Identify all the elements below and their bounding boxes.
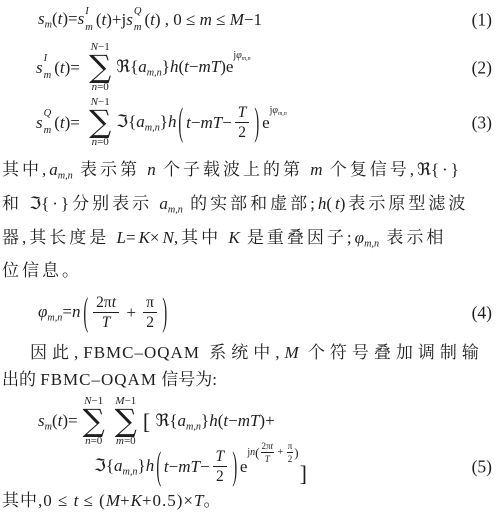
text-run: 2 — [288, 454, 293, 464]
text-run: a — [114, 456, 123, 475]
text-run: mT — [198, 57, 220, 76]
text-run: N — [163, 228, 174, 247]
math-tokens: s — [36, 113, 43, 133]
text-run: ℜ — [417, 160, 431, 180]
math-tokens: ℑ{am,n}h — [94, 456, 154, 477]
text-run: } — [138, 456, 146, 475]
text-run: )+j — [106, 10, 126, 29]
fraction-denominator: 2 — [146, 313, 154, 331]
fraction-numerator: π — [287, 441, 294, 453]
subscript: m — [44, 126, 52, 137]
text-run: m — [116, 435, 124, 447]
big-left-paren: ( — [83, 290, 88, 336]
text-run: M — [106, 491, 120, 510]
sigma-symbol: ∑ — [89, 54, 111, 81]
text-run: − — [189, 57, 199, 76]
text-run: × — [150, 228, 163, 247]
subscript: m — [85, 23, 93, 34]
text-run: π — [146, 294, 154, 311]
text-run: φ — [355, 228, 364, 247]
text-run: FBMC–OQAM — [40, 370, 157, 389]
text-run: T — [102, 314, 111, 331]
fraction-denominator: 2 — [238, 123, 246, 141]
text-run: 个符号叠加调制输 — [299, 343, 484, 362]
fraction-denominator: T — [102, 313, 111, 331]
math-tokens: (t)= — [54, 113, 84, 133]
text-run: s — [38, 411, 45, 430]
text-run: ℑ — [29, 194, 41, 214]
equation-1: sm(t)=s I m (t)+js Q m (t) , 0 ≤ m ≤ M−1… — [38, 4, 504, 36]
text-run: s — [36, 58, 43, 77]
superscript: I — [44, 54, 48, 65]
fraction: 2πt T — [93, 294, 119, 332]
text-run: a — [49, 160, 58, 179]
text-run: = — [62, 302, 72, 321]
text-run: M — [230, 10, 244, 29]
text-run: − — [200, 457, 210, 476]
supsub-stack: Q m — [134, 7, 142, 34]
fraction: T 2 — [213, 448, 228, 486]
text-run: ) , 0 ≤ — [155, 10, 200, 29]
summation: N−1 ∑ n=0 — [89, 96, 111, 149]
summation: M−1 ∑ m=0 — [115, 395, 137, 448]
text-run: { — [169, 411, 177, 430]
text-run: )表示原型滤波 — [340, 194, 469, 213]
text-run: =0 — [124, 435, 136, 447]
equation-4: φm,n=n ( 2πt T + π 2 ) (4) — [38, 290, 504, 336]
text-run: −1 — [244, 10, 262, 29]
fraction: π 2 — [143, 294, 157, 332]
math-tokens: ℑ{am,n}h — [116, 112, 176, 133]
big-left-paren: ( — [157, 444, 162, 490]
math-tokens: s — [36, 58, 43, 78]
text-run: T — [216, 448, 225, 465]
big-right-paren: ) — [255, 100, 260, 146]
text-run: ℜ — [116, 57, 130, 77]
text-run: 系统中, — [200, 343, 285, 362]
small-right-paren: ) — [294, 446, 298, 459]
math-tokens: + — [275, 448, 286, 458]
text-run: )= — [62, 9, 77, 28]
text-run: 是重叠因子; — [240, 228, 355, 247]
text-run: K — [131, 491, 142, 510]
math-tokens: jφm,n — [233, 51, 250, 62]
fraction-numerator: 2πt — [261, 441, 275, 453]
subscript: m — [44, 71, 52, 82]
text-run: − — [169, 457, 179, 476]
text-run: K — [139, 228, 150, 247]
text-run: 出的 — [2, 370, 40, 389]
text-run: {·}分别表示 — [41, 194, 159, 213]
exponent: jφm,n — [270, 106, 287, 117]
text-run: 2 — [146, 314, 154, 331]
text-run: mT — [178, 457, 200, 476]
text-run: =0 — [97, 136, 109, 148]
superscript: Q — [134, 7, 142, 18]
superscript: Q — [44, 109, 52, 120]
text-run: m,n — [186, 421, 201, 432]
superscript: I — [85, 7, 89, 18]
text-run: } — [162, 57, 170, 76]
text-run: 个复信号, — [323, 160, 418, 179]
equation-3: s Q m (t)= N−1 ∑ n=0 ℑ{am,n}h ( t−mT− T … — [36, 96, 504, 149]
sum-lower-limit: n=0 — [92, 82, 109, 93]
math-tokens: ℜ{am,n}h(t−mT)e — [116, 57, 233, 78]
text-run: t — [112, 294, 116, 311]
text-run: )e — [220, 57, 233, 76]
exponent: jφm,n — [233, 51, 250, 62]
sum-lower-limit: n=0 — [92, 137, 109, 148]
text-run: t — [271, 441, 274, 451]
text-run: φ — [38, 302, 47, 321]
text-run: n — [72, 302, 81, 321]
text-run: m — [200, 10, 212, 29]
right-bracket: ] — [300, 461, 307, 487]
text-run: m,n — [147, 67, 162, 78]
text-run: { — [106, 456, 114, 475]
text-run: n — [147, 160, 156, 179]
text-run: ( — [326, 194, 335, 213]
left-bracket: [ — [143, 409, 150, 435]
text-run: a — [159, 194, 168, 213]
text-run: + — [275, 447, 286, 458]
text-run: ≤ ( — [78, 491, 106, 510]
math-tokens: φm,n=n — [38, 302, 81, 323]
text-run: 2π — [96, 294, 112, 311]
text-run: + — [120, 491, 131, 510]
fraction-numerator: T — [235, 104, 250, 123]
text-run: h — [146, 456, 155, 475]
text-run: e — [262, 113, 270, 132]
text-run: 表示相 — [379, 228, 446, 247]
fraction-numerator: 2πt — [93, 294, 119, 313]
math-tokens: t−mT− — [164, 457, 210, 477]
big-right-paren: ) — [233, 444, 238, 490]
sigma-symbol: ∑ — [89, 109, 111, 136]
text-run: 其中, — [2, 160, 49, 179]
text-run: m — [310, 160, 322, 179]
text-run: +0.5)× — [142, 491, 194, 510]
math-tokens: (t) , 0 ≤ m ≤ M−1 — [144, 10, 262, 30]
math-tokens: e — [240, 457, 248, 477]
text-run: T — [194, 491, 203, 510]
text-run: m,n — [168, 204, 183, 215]
text-run: 个子载波上的第 — [156, 160, 311, 179]
equation-2: s I m (t)= N−1 ∑ n=0 ℜ{am,n}h(t−mT)e jφm… — [36, 41, 504, 94]
fraction: T 2 — [235, 104, 250, 142]
text-run: a — [136, 112, 145, 131]
document-page: sm(t)=s I m (t)+js Q m (t) , 0 ≤ m ≤ M−1… — [0, 0, 504, 515]
text-run: 信号为: — [157, 370, 217, 389]
text-run: {·} — [431, 160, 462, 179]
text-run: h — [209, 411, 218, 430]
text-run: m,n — [145, 122, 160, 133]
text-run: )= — [65, 58, 85, 77]
text-run: K — [228, 228, 239, 247]
text-line: 出的 FBMC–OQAM 信号为: — [2, 366, 504, 394]
text-run: 2π — [262, 441, 271, 451]
text-run: FBMC–OQAM — [83, 343, 200, 362]
text-run: )+ — [259, 411, 274, 430]
exponent: jn ( 2πt T + π 2 ) — [247, 441, 298, 464]
summation: N−1 ∑ n=0 — [83, 395, 105, 448]
text-run: s — [36, 113, 43, 132]
equation-number: (1) — [472, 10, 492, 31]
text-run: s — [78, 9, 85, 28]
math-tokens: jn — [247, 448, 255, 458]
text-run: − — [222, 113, 232, 132]
text-run: M — [284, 343, 298, 362]
text-run: ,其中 — [174, 228, 229, 247]
text-run: s — [126, 10, 133, 29]
text-line: 其中,am,n 表示第 n 个子载波上的第 m 个复信号,ℜ{·} — [2, 156, 504, 190]
text-run: 的实部和虚部; — [183, 194, 318, 213]
math-tokens: + — [122, 303, 140, 323]
text-run: a — [178, 411, 187, 430]
sum-lower-limit: n=0 — [85, 436, 102, 447]
text-run: )= — [62, 411, 77, 430]
text-run: ℜ — [156, 411, 170, 431]
sigma-symbol: ∑ — [115, 408, 137, 435]
text-run: m,n — [47, 312, 62, 323]
text-run: } — [160, 112, 168, 131]
text-run: L — [117, 228, 126, 247]
text-line: 和 ℑ{·}分别表示 am,n 的实部和虚部;h(t)表示原型滤波 — [2, 190, 504, 224]
text-run: m,n — [242, 56, 251, 62]
text-line: 位信息。 — [2, 257, 504, 285]
text-run: − — [228, 411, 238, 430]
text-line: 器,其长度是 L=K×N,其中 K 是重叠因子;φm,n 表示相 — [2, 224, 504, 258]
text-run: mT — [238, 411, 260, 430]
text-run: a — [138, 57, 147, 76]
text-run: π — [288, 441, 293, 451]
supsub-stack: Q m — [44, 109, 52, 136]
equation-5-line-1: sm(t)= N−1 ∑ n=0 M−1 ∑ m=0 [ ℜ{am,n}h(t−… — [38, 395, 504, 448]
fraction-numerator: T — [213, 448, 228, 467]
equation-5-line-2: ℑ{am,n}h ( t−mT− T 2 ) e jn ( 2πt T + π … — [94, 448, 504, 486]
equation-number: (3) — [472, 112, 492, 133]
sigma-symbol: ∑ — [83, 408, 105, 435]
equation-number: (4) — [472, 302, 492, 323]
text-run: m,n — [58, 170, 73, 181]
subscript: m — [134, 23, 142, 34]
text-run: m — [45, 421, 52, 432]
text-run: = — [126, 228, 139, 247]
equation-number: (5) — [472, 456, 492, 477]
text-run: 其中,0 ≤ — [2, 491, 74, 510]
text-run: mT — [200, 113, 222, 132]
supsub-stack: I m — [44, 54, 52, 81]
text-run: + — [122, 303, 140, 322]
text-run: )= — [65, 113, 85, 132]
text-run: e — [240, 457, 248, 476]
text-run: 。 — [204, 491, 222, 510]
text-run: m — [45, 20, 52, 31]
paragraph-footer: 其中,0 ≤ t ≤ (M+K+0.5)×T。 — [2, 487, 504, 515]
summation: N−1 ∑ n=0 — [89, 41, 111, 94]
fraction-numerator: π — [143, 294, 157, 313]
text-run: m,n — [278, 111, 287, 117]
equation-number: (2) — [472, 57, 492, 78]
text-run: ℑ — [94, 456, 106, 476]
math-tokens: ℜ{am,n}h(t−mT)+ — [151, 411, 274, 432]
math-tokens: t−mT− — [186, 113, 232, 133]
fraction-denominator: 2 — [288, 453, 293, 464]
sum-lower-limit: m=0 — [116, 436, 136, 447]
big-left-paren: ( — [179, 100, 184, 146]
text-run: 位信息。 — [2, 261, 82, 280]
paragraph-therefore: 因此,FBMC–OQAM 系统中,M 个符号叠加调制输 出的 FBMC–OQAM… — [2, 339, 504, 394]
text-run: h — [168, 112, 177, 131]
text-run: =0 — [91, 435, 103, 447]
text-run: } — [201, 411, 209, 430]
math-tokens: sm(t)=s — [38, 9, 84, 30]
math-tokens: (t)= — [54, 58, 84, 78]
text-run: 器,其长度是 — [2, 228, 117, 247]
text-run: ≤ — [212, 10, 230, 29]
text-line: 其中,0 ≤ t ≤ (M+K+0.5)×T。 — [2, 487, 504, 515]
text-run: m,n — [123, 466, 138, 477]
paragraph-definitions: 其中,am,n 表示第 n 个子载波上的第 m 个复信号,ℜ{·} 和 ℑ{·}… — [2, 156, 504, 285]
text-run: m,n — [364, 238, 379, 249]
text-run: s — [38, 9, 45, 28]
text-run: 2 — [216, 468, 224, 485]
math-tokens: (t)+js — [96, 10, 133, 30]
text-run: ℑ — [116, 112, 128, 132]
text-line: 因此,FBMC–OQAM 系统中,M 个符号叠加调制输 — [2, 339, 504, 367]
text-run: T — [238, 104, 247, 121]
text-run: 2 — [238, 124, 246, 141]
fraction-denominator: 2 — [216, 467, 224, 485]
text-run: 和 — [2, 194, 29, 213]
text-run: T — [265, 454, 270, 464]
text-run: =0 — [97, 81, 109, 93]
fraction-denominator: T — [265, 453, 270, 464]
big-right-paren: ) — [162, 290, 167, 336]
math-tokens: jφm,n — [270, 106, 287, 117]
supsub-stack: I m — [85, 7, 93, 34]
small-left-paren: ( — [255, 446, 259, 459]
math-tokens: e — [262, 113, 270, 133]
small-fraction: 2πt T — [261, 441, 275, 464]
small-fraction: π 2 — [287, 441, 294, 464]
math-tokens: sm(t)= — [38, 411, 78, 432]
text-run: 表示第 — [73, 160, 148, 179]
text-run: 因此, — [30, 343, 83, 362]
